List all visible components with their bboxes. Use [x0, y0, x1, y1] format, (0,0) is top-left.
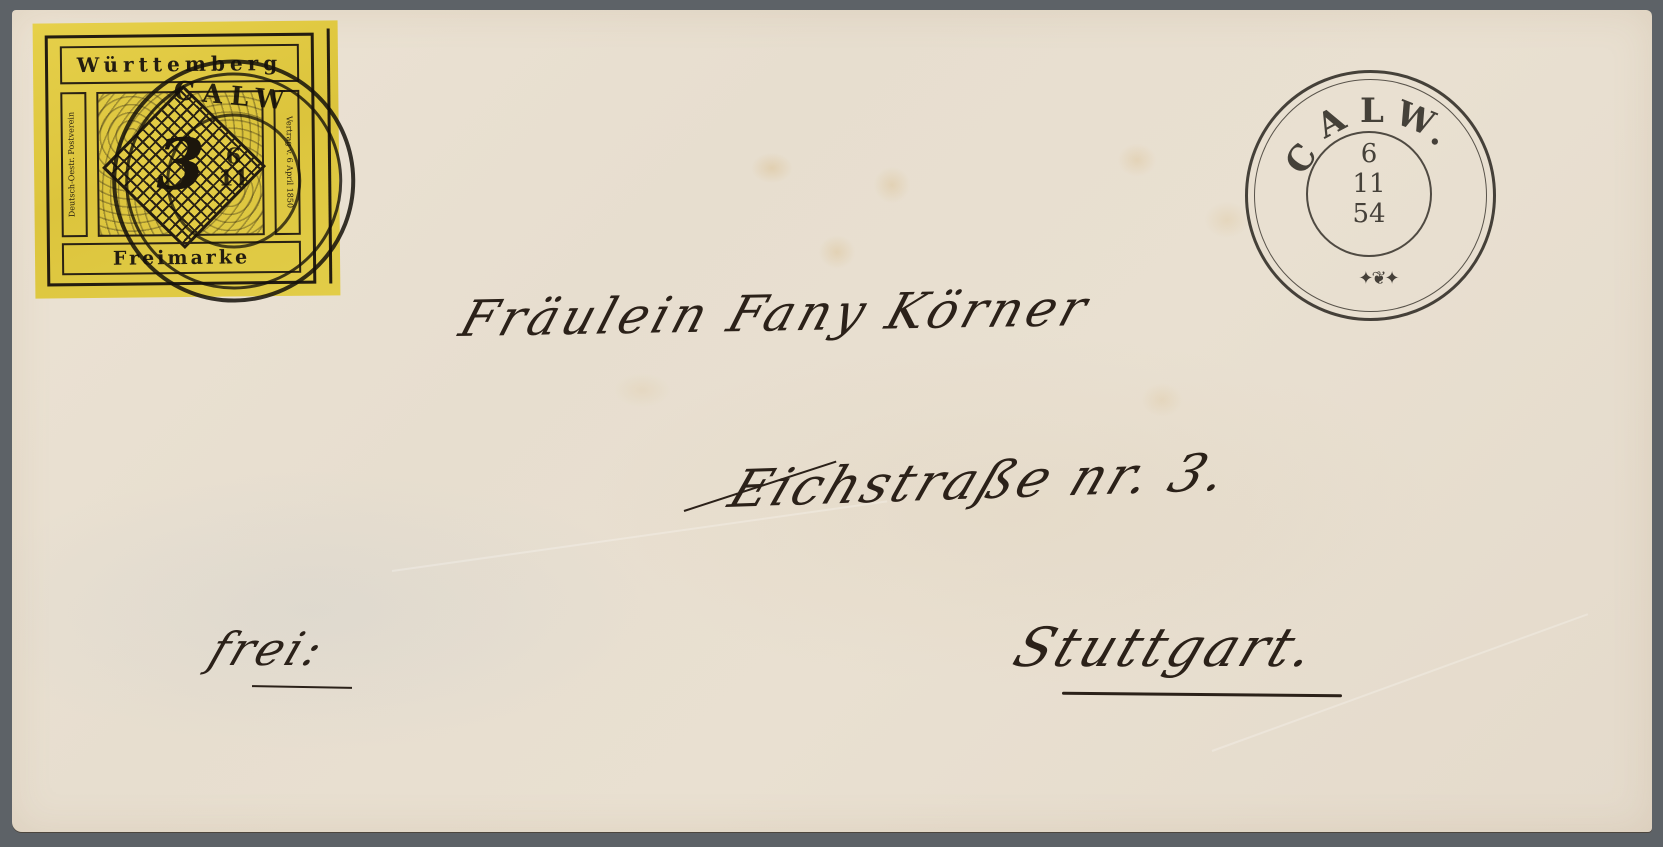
city-underline	[1062, 692, 1342, 697]
frei-underline	[252, 685, 352, 689]
cancel-date: 6 11	[116, 144, 351, 190]
postmark: C A L W . 6 11 54 ✦❦✦	[1245, 70, 1496, 321]
postmark-year: 54	[1308, 199, 1430, 229]
address-street: Eichstraße nr. 3.	[721, 443, 1239, 520]
postmark-letter: L	[1360, 91, 1384, 131]
postmark-month: 11	[1308, 169, 1430, 199]
envelope: Württemberg Deutsch-Oestr. Postverein Ve…	[12, 10, 1652, 832]
address-name: Fräulein Fany Körner	[453, 279, 1098, 348]
postmark-date: 6 11 54	[1308, 139, 1430, 229]
address-city: Stuttgart.	[1006, 616, 1327, 679]
postmark-inner-ring: 6 11 54	[1306, 131, 1432, 257]
stamp-side-text-left: Deutsch-Oestr. Postverein	[60, 92, 88, 237]
postmark-ornament-icon: ✦❦✦	[1338, 268, 1418, 289]
postmark-day: 6	[1308, 139, 1430, 169]
frei-annotation: frei:	[202, 622, 333, 676]
postage-stamp: Württemberg Deutsch-Oestr. Postverein Ve…	[33, 20, 341, 298]
stamp-cancellation: CALW 6 11	[111, 58, 357, 304]
